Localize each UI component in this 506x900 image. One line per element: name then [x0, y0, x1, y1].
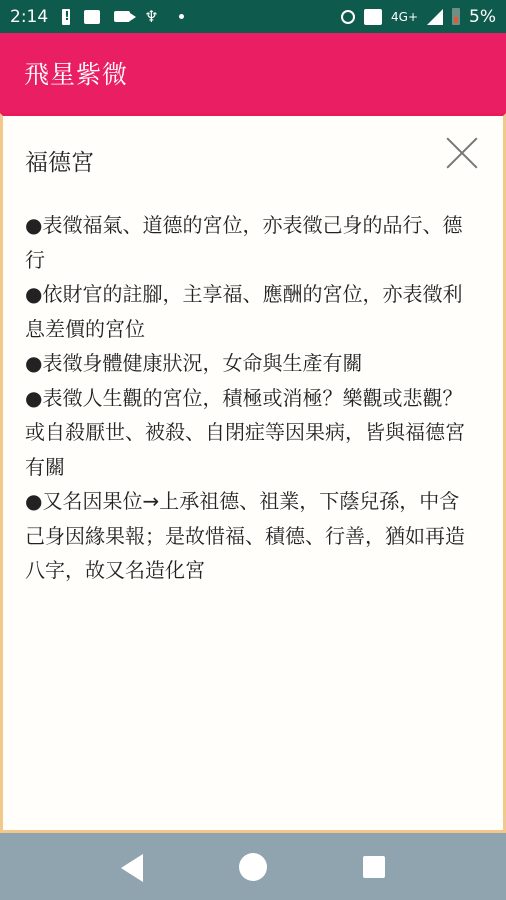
info-dialog: 福德宮 ●表徵福氣、道德的宮位，亦表徵己身的品行、德行 ●依財官的註腳，主享福、… — [0, 113, 506, 833]
paragraph: ●表徵身體健康狀況，女命與生產有關 — [25, 346, 475, 381]
recents-button-icon[interactable] — [363, 856, 385, 878]
paragraph: ●又名因果位→上承祖德、祖業，下蔭兒孫，中含己身因緣果報；是故惜福、積德、行善，… — [25, 484, 475, 588]
back-button-icon[interactable] — [121, 854, 143, 882]
paragraph: ●表徵福氣、道德的宮位，亦表徵己身的品行、德行 — [25, 208, 475, 277]
signal-icon — [427, 9, 443, 25]
video-camera-icon — [114, 11, 130, 22]
close-icon[interactable] — [445, 136, 479, 170]
network-type: 4G+ — [391, 10, 418, 24]
navigation-bar — [0, 833, 506, 900]
dialog-title: 福德宮 — [25, 144, 94, 177]
app-bar: 飛星紫微 — [0, 33, 506, 113]
home-button-icon[interactable] — [239, 853, 267, 881]
app-title: 飛星紫微 — [24, 55, 128, 91]
battery-percent: 5% — [469, 7, 496, 27]
alarm-icon — [341, 10, 355, 24]
paragraph: ●表徵人生觀的宮位，積極或消極？樂觀或悲觀？或自殺厭世、被殺、自閉症等因果病，皆… — [25, 381, 475, 485]
status-time: 2:14 — [10, 7, 48, 27]
battery-alert-icon — [62, 9, 70, 25]
wifi-icon — [364, 9, 382, 25]
dialog-body: ●表徵福氣、道德的宮位，亦表徵己身的品行、德行 ●依財官的註腳，主享福、應酬的宮… — [25, 208, 475, 588]
usb-icon: ♆ — [144, 7, 158, 26]
status-bar-left: 2:14 ♆ — [10, 7, 184, 27]
battery-icon — [452, 8, 460, 25]
dot-icon — [179, 14, 184, 19]
status-bar-right: 4G+ 5% — [341, 7, 496, 27]
image-icon — [84, 10, 100, 24]
paragraph: ●依財官的註腳，主享福、應酬的宮位，亦表徵利息差價的宮位 — [25, 277, 475, 346]
status-bar: 2:14 ♆ 4G+ 5% — [0, 0, 506, 33]
